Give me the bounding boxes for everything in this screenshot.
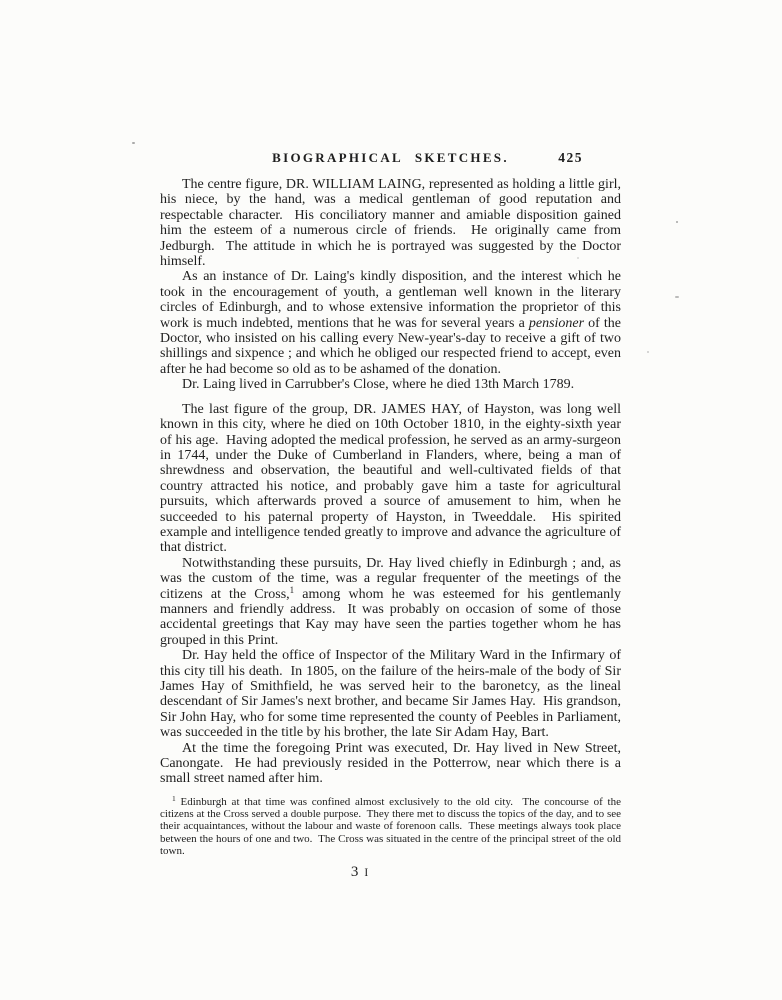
scan-speck (132, 142, 135, 144)
scan-speck (647, 351, 649, 353)
signature-letter: I (359, 867, 368, 879)
signature-mark: 3I (129, 864, 590, 881)
paragraph: Dr. Hay held the office of Inspector of … (160, 648, 621, 740)
paragraph: The centre figure, DR. WILLIAM LAING, re… (160, 177, 621, 269)
text-run: Edinburgh at that time was confined almo… (160, 796, 624, 857)
paragraph: The last figure of the group, DR. JAMES … (160, 402, 621, 556)
page-number: 425 (558, 150, 583, 166)
running-title: BIOGRAPHICAL SKETCHES. (160, 150, 621, 166)
book-page: BIOGRAPHICAL SKETCHES. 425 The centre fi… (0, 0, 782, 1000)
scan-speck (675, 296, 679, 298)
italic-text: pensioner (529, 316, 584, 331)
text-run: The centre figure, DR. WILLIAM LAING, re… (160, 177, 625, 269)
footnote-reference: 1 (290, 585, 295, 595)
text-block: BIOGRAPHICAL SKETCHES. 425 The centre fi… (160, 150, 621, 881)
scan-speck (676, 221, 678, 223)
footnote-reference: 1 (172, 794, 176, 803)
body-text: The centre figure, DR. WILLIAM LAING, re… (160, 177, 621, 787)
paragraph: As an instance of Dr. Laing's kindly dis… (160, 269, 621, 377)
paragraph: Notwithstanding these pursuits, Dr. Hay … (160, 556, 621, 648)
paragraph: Dr. Laing lived in Carrubber's Close, wh… (160, 377, 621, 392)
page-header: BIOGRAPHICAL SKETCHES. 425 (160, 150, 621, 167)
text-run: The last figure of the group, DR. JAMES … (160, 402, 625, 556)
paragraph: At the time the foregoing Print was exec… (160, 741, 621, 787)
text-run: At the time the foregoing Print was exec… (160, 741, 625, 787)
text-run: Dr. Hay held the office of Inspector of … (160, 648, 625, 740)
footnote: 1 Edinburgh at that time was confined al… (160, 796, 621, 857)
text-run: Dr. Laing lived in Carrubber's Close, wh… (182, 377, 574, 392)
